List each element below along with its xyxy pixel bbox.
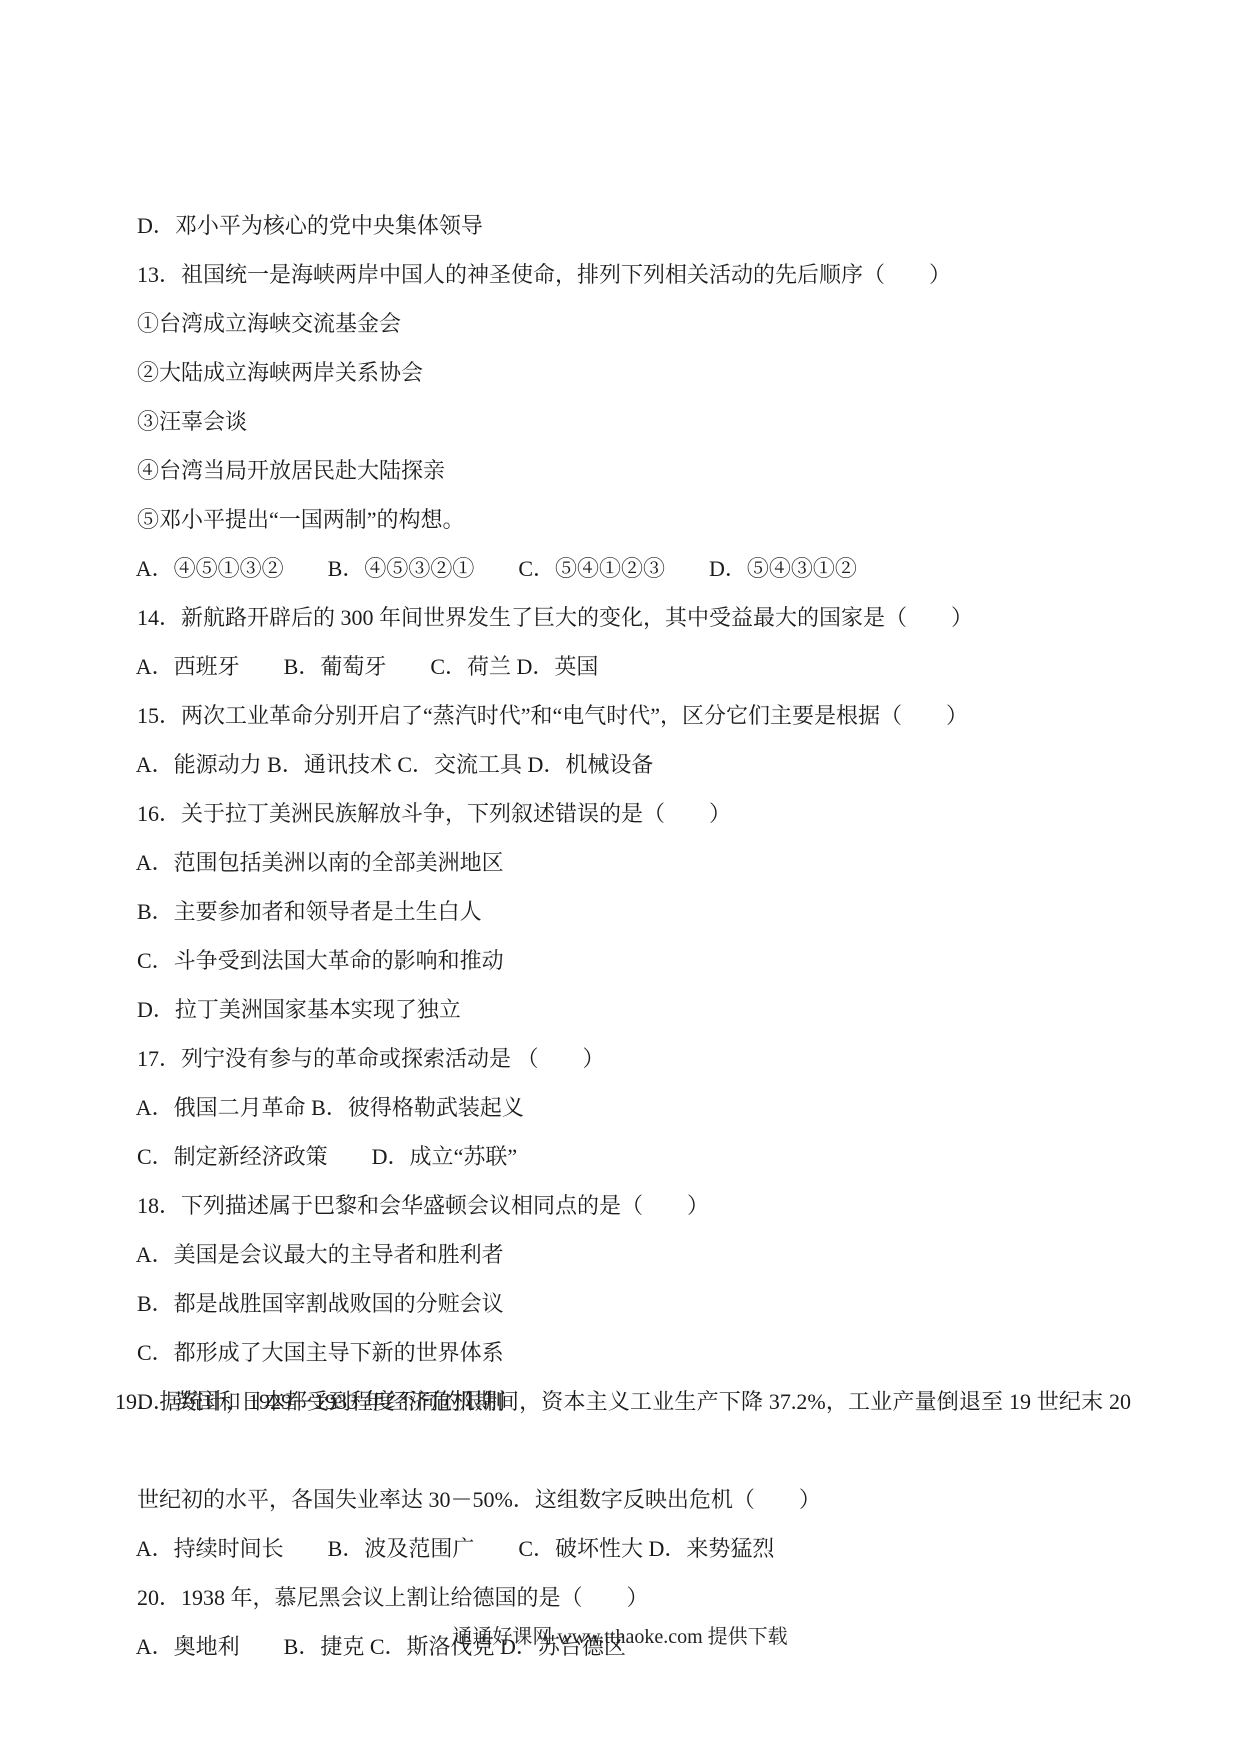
question-text: 17．列宁没有参与的革命或探索活动是 （ ） — [137, 1046, 605, 1071]
question-text: 15．两次工业革命分别开启了“蒸汽时代”和“电气时代”，区分它们主要是根据（ ） — [137, 703, 968, 728]
option-text: A．俄国二月革命 B．彼得格勒武装起义 — [136, 1095, 524, 1120]
question-text: 14．新航路开辟后的 300 年间世界发生了巨大的变化，其中受益最大的国家是（ … — [137, 605, 973, 630]
question-text: 19．据统计，1929－1933 年经济危机期间，资本主义工业生产下降 37.2… — [115, 1389, 1131, 1414]
numbered-item-line: ④台湾当局开放居民赴大陆探亲 — [115, 397, 1131, 446]
page-footer: 通通好课网 www.tthaoke.com 提供下载 — [0, 1613, 1240, 1662]
option-text: A．美国是会议最大的主导者和胜利者 — [136, 1242, 504, 1267]
option-text: A．④⑤①③② B．④⑤③②① C．⑤④①②③ D．⑤④③①② — [136, 556, 857, 581]
option-text: A．持续时间长 B．波及范围广 C．破坏性大 D．来势猛烈 — [136, 1536, 775, 1561]
question-line: 19．据统计，1929－1933 年经济危机期间，资本主义工业生产下降 37.2… — [115, 1377, 1131, 1426]
question-text: 18．下列描述属于巴黎和会华盛顿会议相同点的是（ ） — [137, 1193, 709, 1218]
numbered-item-text: ④台湾当局开放居民赴大陆探亲 — [137, 458, 445, 483]
option-text: B．主要参加者和领导者是土生白人 — [137, 899, 482, 924]
numbered-item-text: ⑤邓小平提出“一国两制”的构想。 — [137, 507, 465, 532]
footer-watermark-text: 通通好课网 www.tthaoke.com 提供下载 — [452, 1626, 787, 1648]
numbered-item-text: ①台湾成立海峡交流基金会 — [137, 311, 401, 336]
option-text: A．能源动力 B．通讯技术 C．交流工具 D．机械设备 — [136, 752, 654, 777]
option-text: D．拉丁美洲国家基本实现了独立 — [137, 997, 461, 1022]
question-text: 13．祖国统一是海峡两岸中国人的神圣使命，排列下列相关活动的先后顺序（ ） — [137, 262, 951, 287]
question-text: 16．关于拉丁美洲民族解放斗争，下列叙述错误的是（ ） — [137, 801, 731, 826]
option-text: C．斗争受到法国大革命的影响和推动 — [137, 948, 504, 973]
option-text: A．西班牙 B．葡萄牙 C．荷兰 D．英国 — [136, 654, 599, 679]
question-text: 20．1938 年，慕尼黑会议上割让给德国的是（ ） — [137, 1585, 649, 1610]
numbered-item-text: ②大陆成立海峡两岸关系协会 — [137, 360, 423, 385]
option-text: D．邓小平为核心的党中央集体领导 — [137, 213, 483, 238]
document-page: D．邓小平为核心的党中央集体领导 13．祖国统一是海峡两岸中国人的神圣使命，排列… — [0, 0, 1240, 1754]
numbered-item-text: ③汪辜会谈 — [137, 409, 247, 434]
option-text: A．范围包括美洲以南的全部美洲地区 — [136, 850, 504, 875]
option-text: C．都形成了大国主导下新的世界体系 — [137, 1340, 504, 1365]
question-continuation-line: 世纪初的水平，各国失业率达 30－50%．这组数字反映出危机（ ） — [115, 1426, 1131, 1475]
question-continuation-text: 世纪初的水平，各国失业率达 30－50%．这组数字反映出危机（ ） — [137, 1487, 821, 1512]
option-text: C．制定新经济政策 D．成立“苏联” — [137, 1144, 517, 1169]
option-line: D．邓小平为核心的党中央集体领导 — [115, 152, 1131, 201]
exam-content: D．邓小平为核心的党中央集体领导 13．祖国统一是海峡两岸中国人的神圣使命，排列… — [115, 152, 1131, 1622]
option-text: B．都是战胜国宰割战败国的分赃会议 — [137, 1291, 504, 1316]
